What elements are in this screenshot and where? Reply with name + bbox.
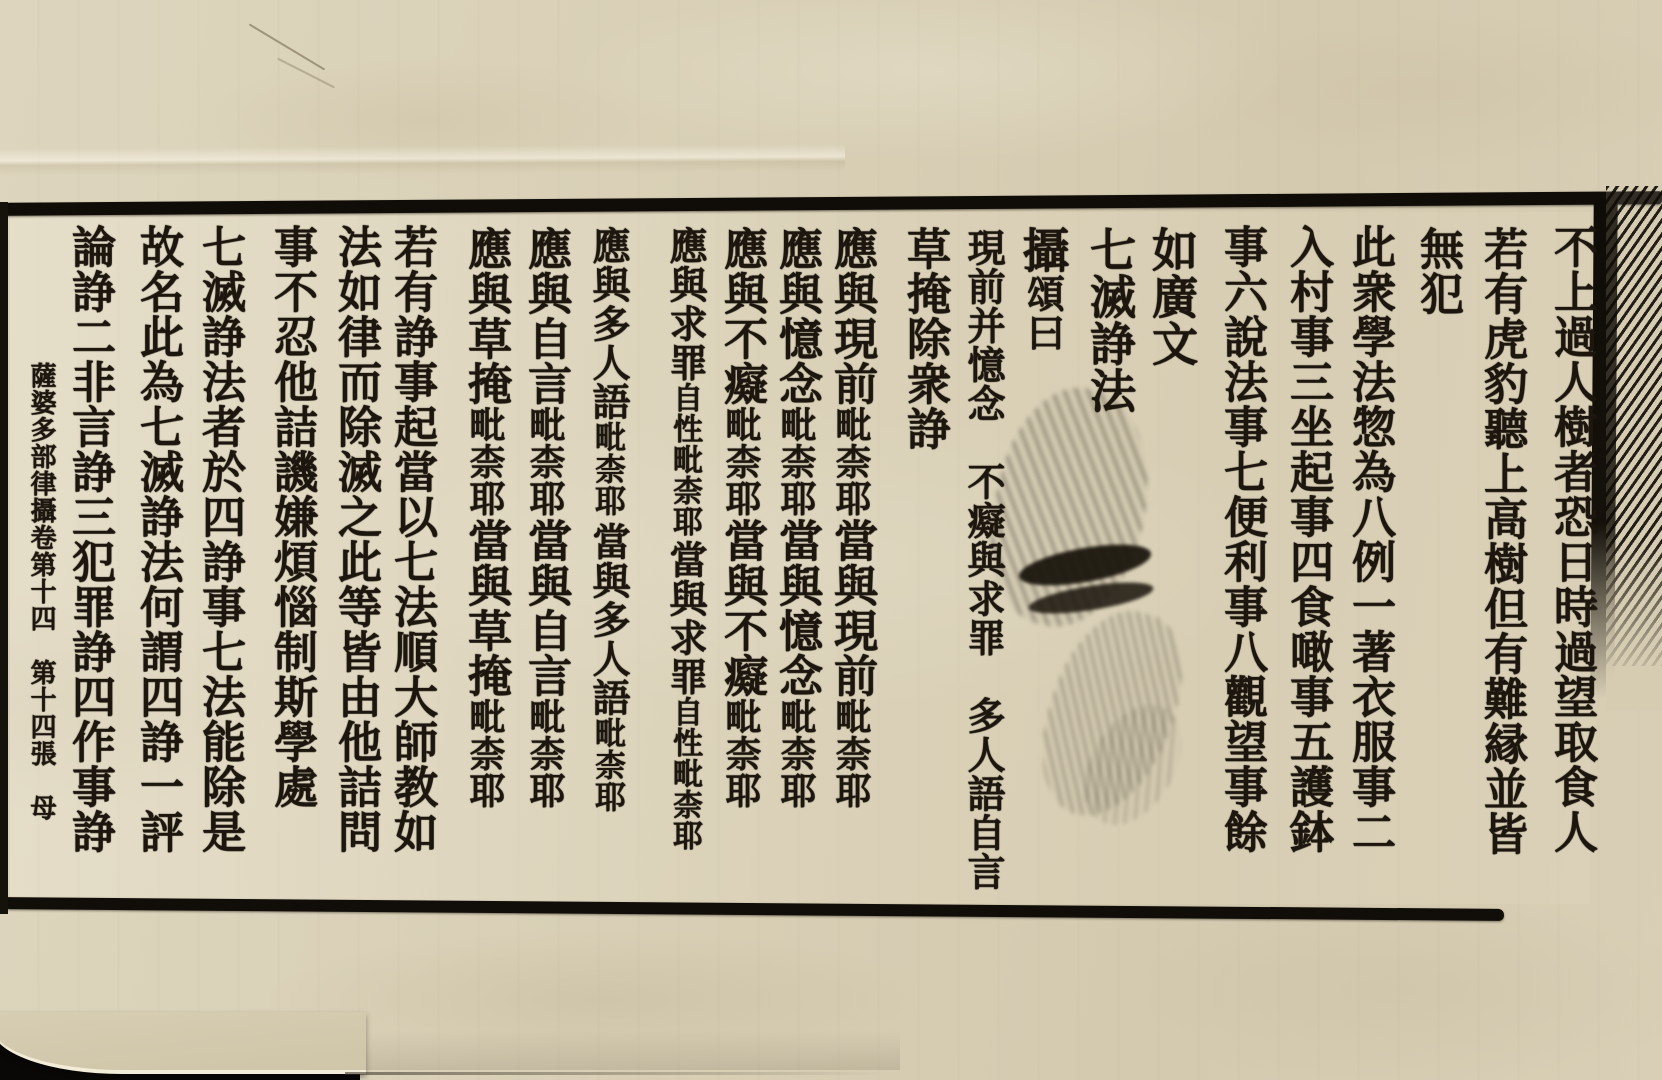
column-text-segment: 若有虎豹聽上高樹但有難縁並皆 — [1477, 226, 1526, 856]
column-text-segment: 毗柰耶 — [831, 406, 871, 517]
column-text-segment: 應與憶念 — [772, 226, 821, 406]
column-text-segment: 毗柰耶 — [776, 406, 816, 517]
column-text-segment: 應與不癡 — [717, 226, 766, 406]
column-12-lower: 當與現前毗柰耶 — [829, 518, 873, 809]
column-text-segment: 七滅諍法 — [1084, 226, 1135, 414]
column-16-lower: 當與多人語毗柰耶 — [588, 522, 626, 813]
column-17-upper: 應與自言毗柰耶 — [523, 226, 567, 517]
column-19: 若有諍事起當以七法順大師教如 — [389, 224, 433, 854]
column-18-lower: 當與草掩毗柰耶 — [463, 518, 507, 809]
column-13-lower: 當與憶念毗柰耶 — [774, 518, 818, 809]
column-25-colophon: 薩婆多部律攝卷第十四 第十四張 母 — [28, 362, 54, 821]
column-14-lower: 當與不癡毗柰耶 — [719, 518, 763, 809]
column-text-segment: 當與不癡 — [717, 518, 766, 698]
column-17-lower: 當與自言毗柰耶 — [523, 518, 567, 809]
column-03: 無犯 — [1415, 226, 1459, 316]
column-text-segment: 毗柰耶 — [721, 698, 761, 809]
column-text-segment: 若有諍事起當以七法順大師教如 — [387, 224, 436, 854]
column-text-segment: 應與多人語 — [586, 226, 628, 421]
column-text-segment: 此衆學法惣為八例一著衣服事二 — [1345, 224, 1394, 854]
column-text-segment: 應與現前 — [827, 226, 876, 406]
column-12-upper: 應與現前毗柰耶 — [829, 226, 873, 517]
column-18-upper: 應與草掩毗柰耶 — [463, 226, 507, 517]
column-text-segment: 當與求罪 — [663, 540, 705, 696]
page-corner-edge — [0, 1012, 366, 1074]
column-text-segment: 論諍二非言諍三犯罪諍四作事諍 — [65, 224, 114, 854]
column-09: 攝頌曰 — [1018, 226, 1065, 352]
column-13-upper: 應與憶念毗柰耶 — [774, 226, 818, 517]
paper-crease — [0, 144, 845, 176]
column-text-segment: 毗柰耶 — [590, 717, 625, 813]
column-text-segment: 毗柰耶 — [590, 421, 625, 517]
column-08: 七滅諍法 — [1086, 226, 1132, 414]
column-06: 事六說法事七便利事八觀望事餘 — [1219, 224, 1263, 854]
column-text-segment: 當與草掩 — [461, 518, 510, 698]
column-text-segment: 薩婆多部律攝卷第十四 第十四張 母 — [27, 362, 56, 821]
column-11: 草掩除衆諍 — [902, 226, 946, 451]
column-05: 入村事三坐起事四食噉事五護鉢 — [1285, 224, 1329, 854]
column-text-segment: 法如律而除滅之此等皆由他詰問 — [331, 224, 380, 854]
column-text-segment: 不上過人樹者恐日時過望取食人 — [1547, 224, 1596, 854]
column-14-upper: 應與不癡毗柰耶 — [719, 226, 763, 517]
column-01: 不上過人樹者恐日時過望取食人 — [1549, 224, 1593, 854]
column-text-segment: 自性毗柰耶 — [668, 382, 701, 537]
column-text-segment: 七滅諍法者於四諍事七法能除是 — [195, 224, 244, 854]
column-text-segment: 應與草掩 — [461, 226, 510, 406]
column-text-segment: 毗柰耶 — [525, 698, 565, 809]
column-text-segment: 應與自言 — [521, 226, 570, 406]
column-20: 法如律而除滅之此等皆由他詰問 — [333, 224, 377, 854]
column-text-segment: 應與求罪 — [663, 226, 705, 382]
column-text-segment: 毗柰耶 — [721, 406, 761, 517]
column-text-segment: 當與現前 — [827, 518, 876, 698]
column-text-segment: 無犯 — [1413, 226, 1462, 316]
column-text-segment: 入村事三坐起事四食噉事五護鉢 — [1283, 224, 1332, 854]
column-text-segment: 自性毗柰耶 — [668, 696, 701, 851]
column-04: 此衆學法惣為八例一著衣服事二 — [1347, 224, 1391, 854]
column-07: 如廣文 — [1148, 226, 1194, 367]
column-text-segment: 當與多人語 — [586, 522, 628, 717]
column-text-segment: 毗柰耶 — [525, 406, 565, 517]
column-text-segment: 事不忍他詰譏嫌煩惱制斯學處 — [267, 224, 316, 809]
frame-left-border — [0, 202, 8, 914]
column-21: 事不忍他詰譏嫌煩惱制斯學處 — [269, 224, 313, 809]
column-text-segment: 毗柰耶 — [465, 406, 505, 517]
page-bottom-edge-line — [345, 1072, 885, 1075]
column-text-segment: 攝 — [1016, 226, 1068, 274]
column-02: 若有虎豹聽上高樹但有難縁並皆 — [1479, 226, 1523, 856]
column-22: 七滅諍法者於四諍事七法能除是 — [197, 224, 241, 854]
woodblock-edge-hatching-fade — [1606, 540, 1662, 710]
column-text-segment: 頌曰 — [1021, 274, 1063, 352]
column-text-segment: 毗柰耶 — [776, 698, 816, 809]
column-text-segment: 毗柰耶 — [831, 698, 871, 809]
column-15-upper: 應與求罪自性毗柰耶 — [665, 226, 703, 537]
manuscript-page: 不上過人樹者恐日時過望取食人若有虎豹聽上高樹但有難縁並皆無犯此衆學法惣為八例一著… — [0, 0, 1662, 1080]
column-text-segment: 故名此為七滅諍法何謂四諍一評 — [133, 224, 182, 854]
column-text-segment: 草掩除衆諍 — [900, 226, 949, 451]
column-16-upper: 應與多人語毗柰耶 — [588, 226, 626, 517]
column-text-segment: 毗柰耶 — [465, 698, 505, 809]
column-text-segment: 當與憶念 — [772, 518, 821, 698]
column-text-segment: 事六說法事七便利事八觀望事餘 — [1217, 224, 1266, 854]
column-15-lower: 當與求罪自性毗柰耶 — [665, 540, 703, 851]
column-24: 論諍二非言諍三犯罪諍四作事諍 — [67, 224, 111, 854]
column-text-segment: 如廣文 — [1146, 226, 1197, 367]
column-23: 故名此為七滅諍法何謂四諍一評 — [135, 224, 179, 854]
column-text-segment: 當與自言 — [521, 518, 570, 698]
